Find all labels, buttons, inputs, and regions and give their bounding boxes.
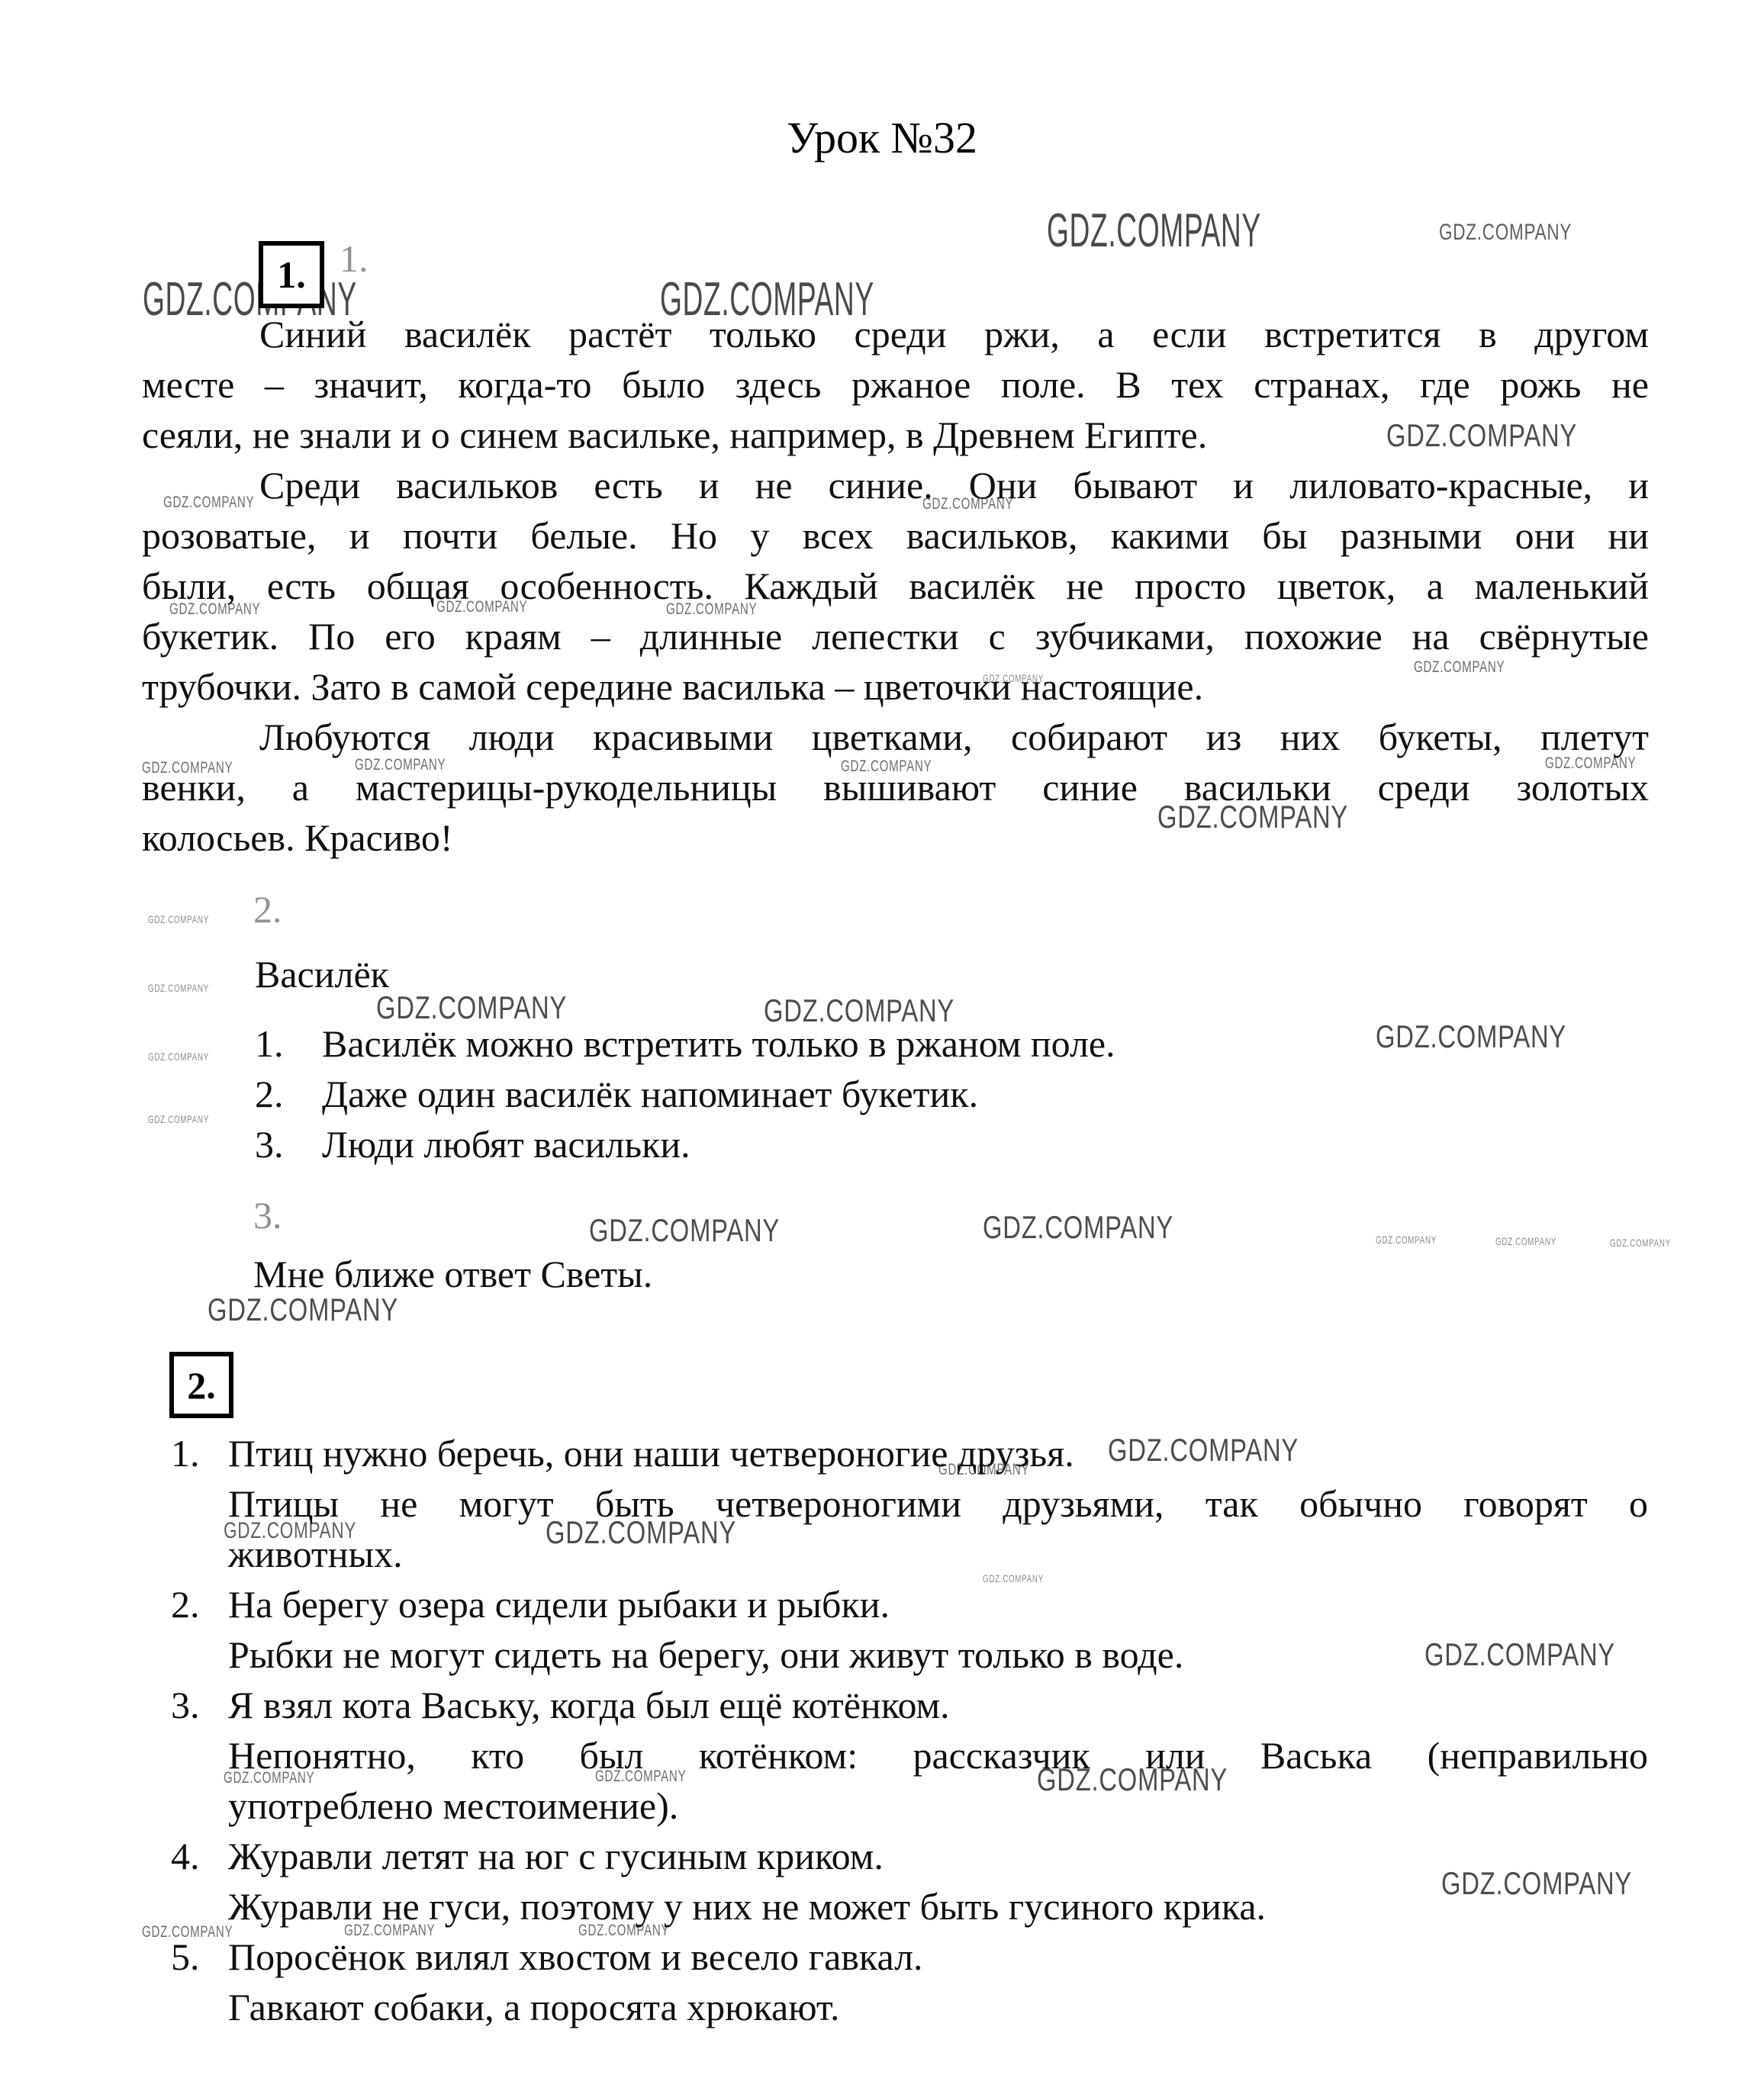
- sentence-answer: Рыбки не могут сидеть на берегу, они жив…: [228, 1629, 1648, 1680]
- sentence-item: 4. Журавли летят на юг с гусиным криком.: [171, 1831, 1648, 1881]
- paragraph-line: Любуются люди красивыми цветками, собира…: [142, 712, 1649, 762]
- list-item-number: 3.: [171, 1680, 228, 1730]
- paragraph-line: розоватые, и почти белые. Но у всех васи…: [142, 510, 1649, 561]
- answer-text: Мне ближе ответ Светы.: [253, 1249, 652, 1299]
- list-item-text: Журавли летят на юг с гусиным криком.: [228, 1831, 884, 1881]
- answer-line: животных.: [228, 1529, 1648, 1579]
- answer-line: Гавкают собаки, а поросята хрюкают.: [228, 1982, 1648, 2032]
- sentence-item: 5. Поросёнок вилял хвостом и весело гавк…: [171, 1932, 1648, 1982]
- list-item-text: Василёк можно встретить только в ржаном …: [322, 1018, 1115, 1069]
- watermark: GDZ.COMPANY: [148, 983, 209, 993]
- sentence-answer: Птицы не могут быть четвероногими друзья…: [228, 1478, 1648, 1579]
- list-item-number: 2.: [255, 1069, 322, 1119]
- watermark: GDZ.COMPANY: [1439, 221, 1572, 244]
- paragraph-line: колосьев. Красиво!: [142, 812, 1649, 863]
- answer-line: Птицы не могут быть четвероногими друзья…: [228, 1478, 1648, 1529]
- answer-line: Рыбки не могут сидеть на берегу, они жив…: [228, 1629, 1648, 1680]
- list-item-text: Я взял кота Ваську, когда был ещё котёнк…: [228, 1680, 950, 1730]
- sentence-item: 1. Птиц нужно беречь, они наши четвероно…: [171, 1428, 1648, 1478]
- task2-box-marker: 2.: [169, 1352, 233, 1418]
- task1-box-marker: 1.: [259, 241, 324, 308]
- plan-item: 2. Даже один василёк напоминает букетик.: [255, 1069, 978, 1119]
- list-item-number: 2.: [171, 1579, 228, 1629]
- list-item-number: 4.: [171, 1831, 228, 1881]
- task1-part2-number: 2.: [253, 884, 282, 935]
- watermark: GDZ.COMPANY: [1376, 1021, 1566, 1053]
- paragraph-line: букетик. По его краям – длинные лепестки…: [142, 611, 1649, 661]
- document-page: GDZ.COMPANY GDZ.COMPANY GDZ.COMPANY GDZ.…: [0, 0, 1764, 2075]
- paragraph-line: Среди васильков есть и не синие. Они быв…: [142, 460, 1649, 510]
- answer-line: Журавли не гуси, поэтому у них не может …: [228, 1881, 1648, 1932]
- paragraph-line: венки, а мастерицы-рукодельницы вышивают…: [142, 762, 1649, 812]
- text-heading: Василёк: [255, 949, 389, 999]
- plan-item: 1. Василёк можно встретить только в ржан…: [255, 1018, 1115, 1069]
- list-item-text: На берегу озера сидели рыбаки и рыбки.: [228, 1579, 890, 1629]
- paragraph-line: трубочки. Зато в самой середине василька…: [142, 661, 1649, 712]
- watermark: GDZ.COMPANY: [983, 1211, 1173, 1243]
- paragraph-line: были, есть общая особенность. Каждый вас…: [142, 561, 1649, 611]
- task1-part3-number: 3.: [253, 1190, 282, 1240]
- task1-box-label: 1.: [277, 253, 306, 297]
- task2-list: 1. Птиц нужно беречь, они наши четвероно…: [171, 1428, 1648, 2032]
- list-item-text: Люди любят васильки.: [322, 1119, 690, 1169]
- watermark: GDZ.COMPANY: [1610, 1237, 1671, 1248]
- watermark: GDZ.COMPANY: [1495, 1236, 1556, 1247]
- watermark: GDZ.COMPANY: [148, 914, 209, 925]
- sentence-answer: Непонятно, кто был котёнком: рассказчик …: [228, 1730, 1648, 1831]
- list-item-text: Даже один василёк напоминает букетик.: [322, 1069, 978, 1119]
- paragraph-line: месте – значит, когда-то было здесь ржан…: [142, 359, 1649, 410]
- list-item-text: Поросёнок вилял хвостом и весело гавкал.: [228, 1932, 923, 1982]
- answer-line: Непонятно, кто был котёнком: рассказчик …: [228, 1730, 1648, 1781]
- sentence-item: 2. На берегу озера сидели рыбаки и рыбки…: [171, 1579, 1648, 1629]
- task2-box-label: 2.: [187, 1363, 216, 1407]
- list-item-number: 5.: [171, 1932, 228, 1982]
- page-title: Урок №32: [0, 113, 1764, 163]
- list-item-number: 1.: [255, 1018, 322, 1069]
- paragraph-line: Синий василёк растёт только среди ржи, а…: [142, 309, 1649, 359]
- watermark: GDZ.COMPANY: [589, 1214, 780, 1247]
- watermark: GDZ.COMPANY: [148, 1114, 209, 1124]
- watermark: GDZ.COMPANY: [1047, 207, 1261, 255]
- paragraph-1: Синий василёк растёт только среди ржи, а…: [142, 309, 1649, 460]
- plan-item: 3. Люди любят васильки.: [255, 1119, 690, 1169]
- answer-line: употреблено местоимение).: [228, 1781, 1648, 1831]
- sentence-item: 3. Я взял кота Ваську, когда был ещё кот…: [171, 1680, 1648, 1730]
- sentence-answer: Журавли не гуси, поэтому у них не может …: [228, 1881, 1648, 1932]
- watermark: GDZ.COMPANY: [148, 1051, 209, 1062]
- task1-sub-number: 1.: [340, 233, 369, 284]
- list-item-number: 1.: [171, 1428, 228, 1478]
- paragraph-3: Любуются люди красивыми цветками, собира…: [142, 712, 1649, 863]
- watermark: GDZ.COMPANY: [1376, 1234, 1437, 1245]
- list-item-number: 3.: [255, 1119, 322, 1169]
- paragraph-2: Среди васильков есть и не синие. Они быв…: [142, 460, 1649, 712]
- paragraph-line: сеяли, не знали и о синем васильке, напр…: [142, 410, 1649, 460]
- list-item-text: Птиц нужно беречь, они наши четвероногие…: [228, 1428, 1074, 1478]
- sentence-answer: Гавкают собаки, а поросята хрюкают.: [228, 1982, 1648, 2032]
